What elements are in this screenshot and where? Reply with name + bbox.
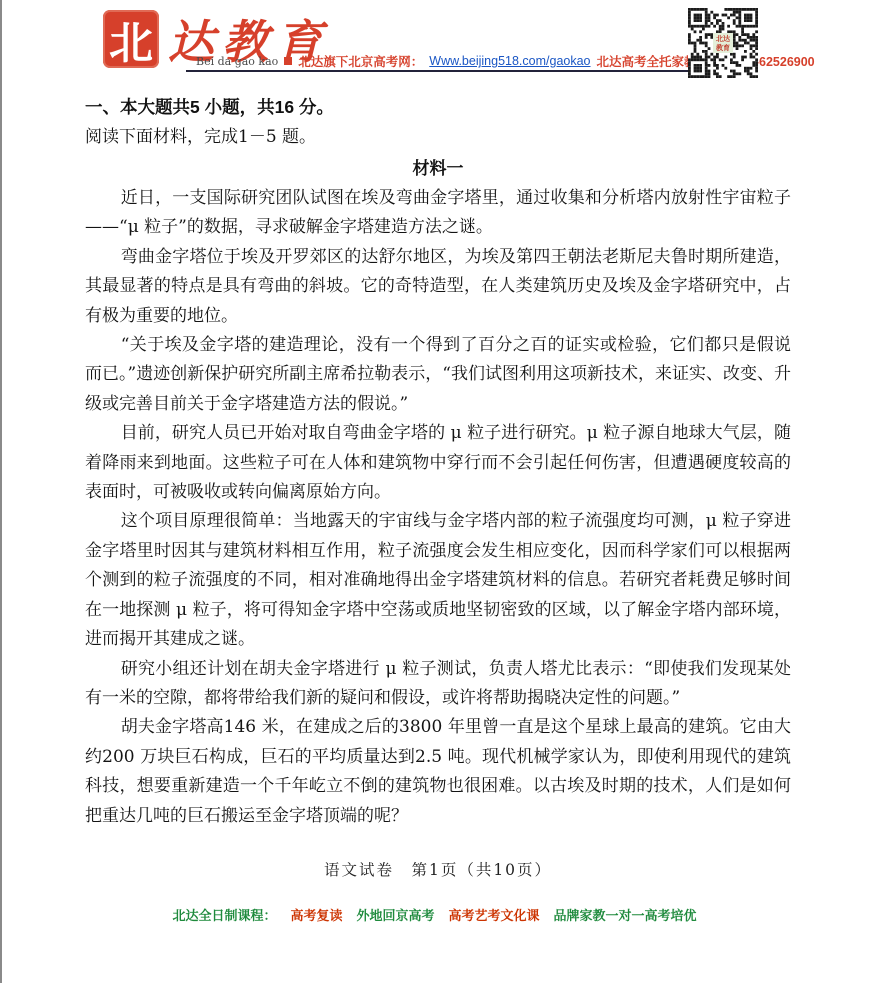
qr-code: 北达教育 (688, 8, 758, 78)
promo-item-5: 品牌家教一对一高考培优 (554, 908, 697, 923)
promo-item-1: 北达全日制课程： (172, 908, 276, 923)
page-header: 北 达教育 Bei da gao kao 北达旗下北京高考网： Www.beij… (0, 0, 869, 90)
scan-edge-line (0, 0, 2, 983)
paragraph-2: 弯曲金字塔位于埃及开罗郊区的达舒尔地区，为埃及第四王朝法老斯尼夫鲁时期所建造，其… (85, 243, 791, 331)
page-number-footer: 语文试卷 第1页（共10页） (85, 858, 791, 880)
paragraph-5: 这个项目原理很简单：当地露天的宇宙线与金字塔内部的粒子流强度均可测，μ 粒子穿进… (85, 507, 791, 654)
tagline-left-text: 北达旗下北京高考网： (298, 52, 423, 70)
material-one-heading: 材料一 (85, 153, 791, 184)
promo-item-2: 高考复读 (290, 908, 342, 923)
paragraph-3: “关于埃及金字塔的建造理论，没有一个得到了百分之百的证实或检验，它们都只是假说而… (85, 331, 791, 419)
exam-content: 一、本大题共5 小题，共16 分。 阅读下面材料，完成1－5 题。 材料一 近日… (85, 92, 791, 831)
qr-center-logo: 北达教育 (713, 33, 733, 53)
paragraph-1: 近日，一支国际研究团队试图在埃及弯曲金字塔里，通过收集和分析塔内放射性宇宙粒子—… (85, 184, 791, 243)
section-title: 一、本大题共5 小题，共16 分。 (85, 92, 791, 122)
promo-item-3: 外地回京高考 (356, 908, 434, 923)
header-divider-rule (186, 70, 756, 72)
paragraph-6: 研究小组还计划在胡夫金字塔进行 μ 粒子测试，负责人塔尤比表示：“即使我们发现某… (85, 655, 791, 714)
paragraph-4: 目前，研究人员已开始对取自弯曲金字塔的 μ 粒子进行研究。μ 粒子源自地球大气层… (85, 419, 791, 507)
seal-character: 北 (109, 7, 153, 71)
section-intro: 阅读下面材料，完成1－5 题。 (85, 122, 791, 153)
course-promo-bar: 北达全日制课程：高考复读外地回京高考高考艺考文化课品牌家教一对一高考培优 (0, 905, 869, 924)
gaokao-site-link[interactable]: Www.beijing518.com/gaokao (429, 54, 590, 68)
paragraph-7: 胡夫金字塔高146 米，在建成之后的3800 年里曾一直是这个星球上最高的建筑。… (85, 713, 791, 831)
promo-item-4: 高考艺考文化课 (449, 908, 540, 923)
red-square-bullet (284, 57, 292, 65)
logo-pinyin: Bei da gao kao (196, 55, 278, 68)
beida-seal-logo: 北 (103, 10, 159, 68)
